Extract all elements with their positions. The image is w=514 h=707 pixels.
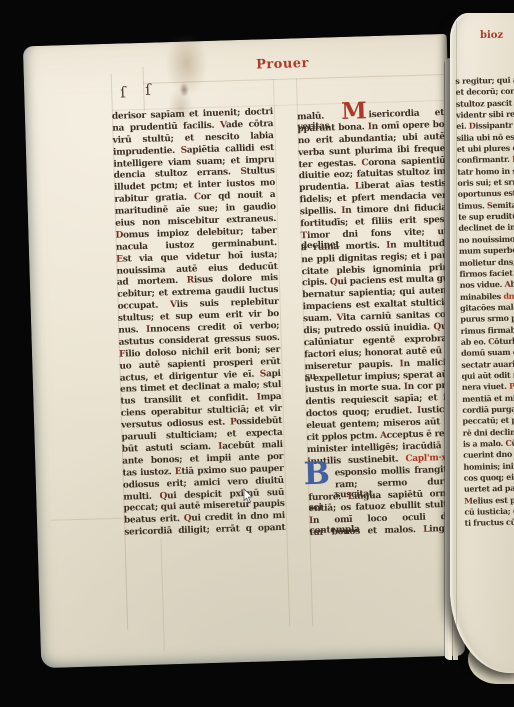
chapter-initial-b: B — [303, 459, 330, 490]
running-title: Prouer — [251, 56, 313, 73]
facing-text-column: s regitur; qui autet decorū; cor sstulto… — [455, 74, 514, 529]
text-line: mentiā et misri — [462, 392, 514, 405]
text-line: cos quoq; eius cō — [464, 471, 514, 484]
text-line: is a malo. Cū pla — [463, 437, 514, 450]
text-line: sectatr auariciā; — [461, 358, 514, 371]
text-line: hominis; inimi — [463, 460, 514, 473]
facing-running-title: bioz — [480, 30, 503, 41]
text-line: uertet ad pacē. — [464, 482, 514, 495]
cursor-icon — [243, 488, 254, 508]
photo-background: { "colors":{ "background":"#060606", "pa… — [0, 0, 514, 707]
text-line: nera viuet. P cle — [462, 380, 514, 393]
text-line: ti fructus cū iniq. — [465, 517, 514, 530]
ruling-line — [51, 518, 125, 521]
ruling-line — [161, 539, 165, 651]
text-line: rē dni declinat o — [463, 426, 514, 439]
text-line: Melius est parū — [464, 494, 514, 507]
text-line: cū iusticia; q mul — [464, 505, 514, 518]
pen-flourish-icon: ſ — [120, 87, 126, 97]
text-column-left: derisor sapīam et inuenit; doctrina prud… — [112, 107, 286, 540]
pen-flourish-icon: ſ — [145, 85, 151, 95]
manuscript-page: ſ ſ Prouer derisor sapīam et inuenit; do… — [23, 34, 465, 668]
text-line: cordiā purgatr — [462, 403, 514, 416]
text-line: cuerint dno vie — [463, 448, 514, 461]
text-line: domū suam qui — [461, 346, 514, 359]
facing-page: bioz s regitur; qui autet decorū; cor ss… — [450, 13, 514, 673]
text-line: qui aūt odit mu — [461, 369, 514, 382]
text-line: peccatū; et p timo — [462, 414, 514, 427]
ruling-line — [143, 74, 444, 84]
